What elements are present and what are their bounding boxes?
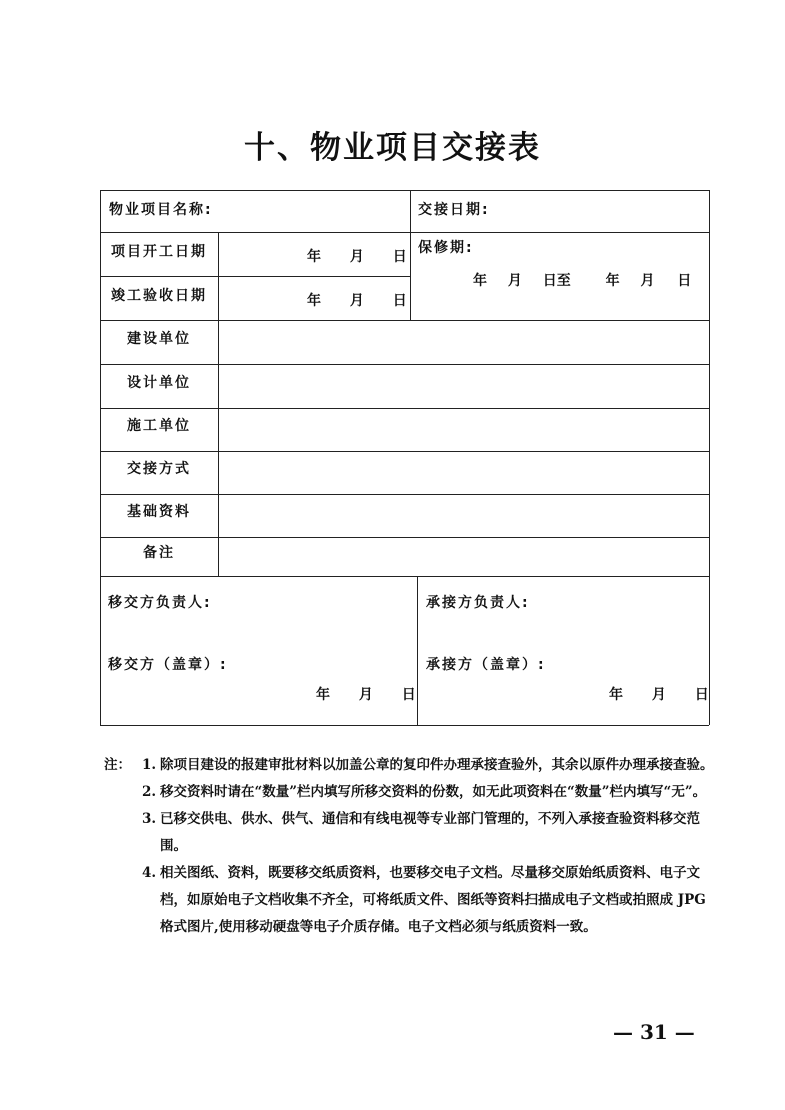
handover-method-field[interactable] [220,453,707,492]
table-rule [100,576,709,577]
year-unit: 年 [307,246,321,266]
table-rule-vertical [410,190,411,320]
project-name-label: 物业项目名称: [109,199,213,219]
table-border-top [100,190,709,191]
basic-materials-field[interactable] [220,496,707,535]
year-unit: 年 [473,270,487,290]
year-unit: 年 [606,270,620,290]
handover-date-label: 交接日期: [418,199,490,219]
page-title: 十、物业项目交接表 [0,122,785,167]
month-unit: 月 [359,684,373,704]
month-unit: 月 [641,270,655,290]
warranty-label: 保修期: [418,237,474,257]
table-rule [100,320,709,321]
day-unit: 日 [695,684,709,704]
receiver-seal-label: 承接方（盖章）: [426,654,546,674]
table-border-right [709,190,710,725]
day-unit: 日 [393,246,407,266]
handover-method-label: 交接方式 [100,458,218,478]
receiver-manager-label: 承接方负责人: [426,592,530,612]
start-date-label: 项目开工日期 [100,241,218,261]
day-to-unit: 日至 [543,270,571,290]
note-item: 4. 相关图纸、资料，既要移交纸质资料，也要移交电子文档。尽量移交原始纸质资料、… [142,860,714,941]
table-rule [100,537,709,538]
table-rule [100,364,709,365]
note-item: 2. 移交资料时请在“数量”栏内填写所移交资料的份数，如无此项资料在“数量”栏内… [142,779,714,806]
design-unit-field[interactable] [220,366,707,406]
year-unit: 年 [316,684,330,704]
construction-unit-label: 建设单位 [100,328,218,348]
transferor-seal-label: 移交方（盖章）: [108,654,228,674]
table-rule-vertical [218,232,219,576]
table-rule [100,408,709,409]
basic-materials-label: 基础资料 [100,501,218,521]
design-unit-label: 设计单位 [100,372,218,392]
note-item: 1. 除项目建设的报建审批材料以加盖公章的复印件办理承接查验外，其余以原件办理承… [142,752,714,779]
month-unit: 月 [508,270,522,290]
day-unit: 日 [393,290,407,310]
transferor-manager-label: 移交方负责人: [108,592,212,612]
page-number: — 31 — [613,1020,695,1044]
day-unit: 日 [677,270,691,290]
table-rule [100,232,709,233]
remarks-field[interactable] [220,539,707,574]
month-unit: 月 [350,246,364,266]
project-name-field[interactable] [230,192,405,230]
notes-heading: 注： [104,752,142,941]
start-date-field[interactable]: 年 月 日 [307,246,407,266]
day-unit: 日 [402,684,416,704]
year-unit: 年 [307,290,321,310]
table-rule [100,451,709,452]
month-unit: 月 [350,290,364,310]
note-item: 3. 已移交供电、供水、供气、通信和有线电视等专业部门管理的，不列入承接查验资料… [142,806,714,860]
table-border-bottom [100,725,709,726]
transferor-date-field[interactable]: 年 月 日 [316,684,416,704]
table-rule-vertical [417,576,418,725]
remarks-label: 备注 [100,542,218,562]
contractor-unit-field[interactable] [220,410,707,449]
month-unit: 月 [652,684,666,704]
contractor-unit-label: 施工单位 [100,415,218,435]
construction-unit-field[interactable] [220,322,707,362]
receiver-date-field[interactable]: 年 月 日 [609,684,709,704]
completion-date-field[interactable]: 年 月 日 [307,290,407,310]
notes-section: 注： 1. 除项目建设的报建审批材料以加盖公章的复印件办理承接查验外，其余以原件… [104,752,714,941]
table-rule [100,494,709,495]
handover-date-field[interactable] [500,192,705,230]
warranty-period-field[interactable]: 年 月 日至 年 月 日 [473,270,691,290]
table-rule [100,276,410,277]
year-unit: 年 [609,684,623,704]
completion-date-label: 竣工验收日期 [100,285,218,305]
